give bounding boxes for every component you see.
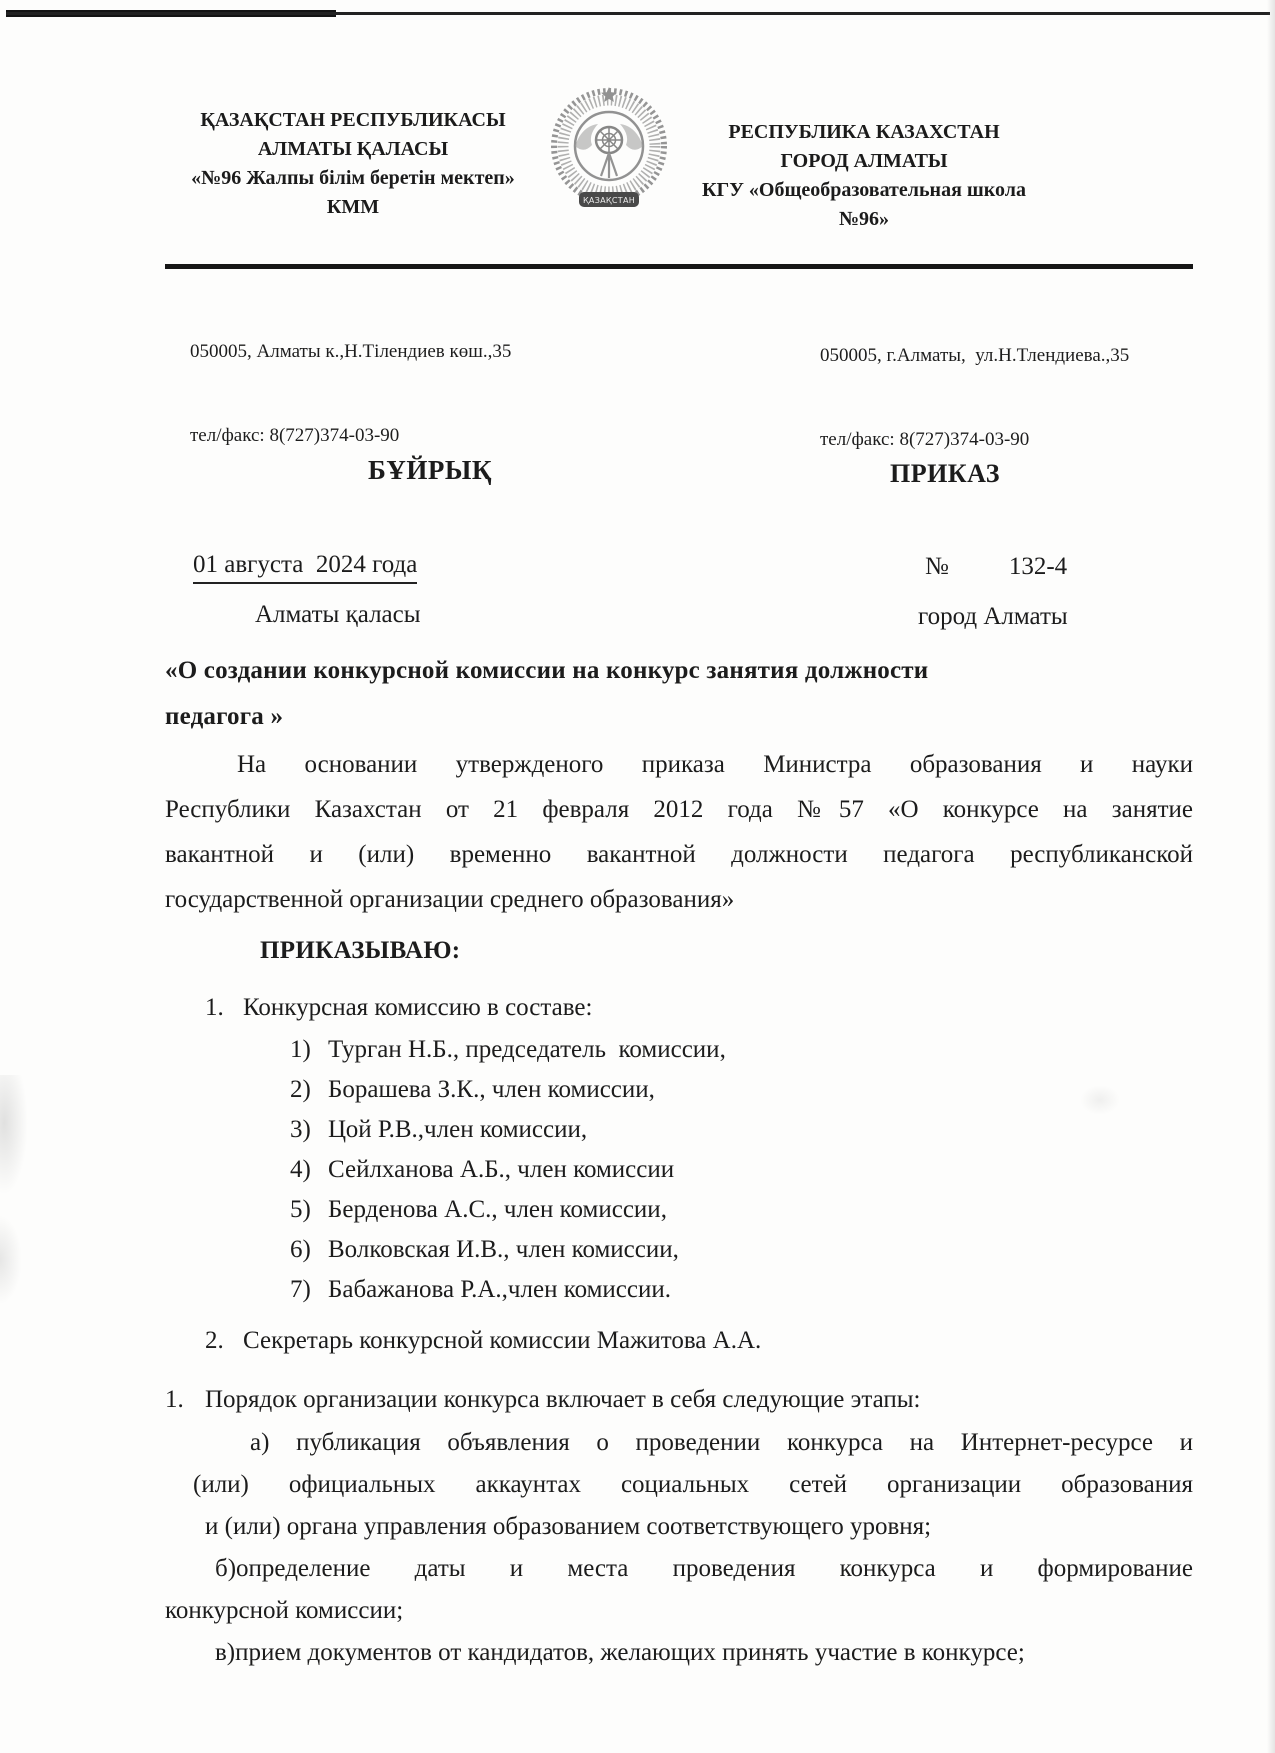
scan-smudge [0, 1075, 28, 1195]
order-heading-ru: ПРИКАЗ [845, 459, 1045, 489]
order-date: 01 августа 2024 года [193, 551, 417, 584]
stage-line: и (или) органа управления образованием с… [165, 1506, 1193, 1548]
member-number: 6) [290, 1230, 328, 1270]
procedure-number: 1. [165, 1377, 205, 1422]
member-number: 2) [290, 1070, 328, 1110]
scan-smudge [0, 1215, 22, 1305]
phone-ru: тел/факс: 8(727)374-03-90 [820, 426, 1129, 454]
emblem-banner-text: ҚАЗАҚСТАН [583, 196, 635, 205]
address-ru: 050005, г.Алматы, ул.Н.Тлендиева.,35 [820, 342, 1129, 370]
letterhead-kazakh: ҚАЗАҚСТАН РЕСПУБЛИКАСЫ АЛМАТЫ ҚАЛАСЫ «№9… [163, 106, 543, 222]
member-text: Турган Н.Б., председатель комиссии, [328, 1036, 726, 1063]
order-item-2-number: 2. [205, 1318, 243, 1363]
order-item-2-text: Секретарь конкурсной комиссии Мажитова А… [243, 1327, 761, 1354]
commission-member: 7)Бабажанова Р.А.,член комиссии. [290, 1270, 1193, 1310]
member-number: 1) [290, 1030, 328, 1070]
commission-member: 2)Борашева З.К., член комиссии, [290, 1070, 1193, 1110]
procedure-stages: а) публикация объявления о проведении ко… [165, 1422, 1193, 1674]
commission-member: 3)Цой Р.В.,член комиссии, [290, 1110, 1193, 1150]
letterhead-ru-line3: КГУ «Общеобразовательная школа №96» [678, 176, 1050, 234]
order-item-1-text: Конкурсная комиссию в составе: [243, 994, 592, 1021]
order-place-kk: Алматы қаласы [255, 601, 421, 629]
procedure-text: Порядок организации конкурса включает в … [205, 1386, 920, 1413]
order-preamble: На основании утвержденого приказа Минист… [165, 742, 1193, 922]
number-value: 132-4 [1009, 553, 1067, 580]
procedure-heading: 1.Порядок организации конкурса включает … [165, 1377, 1193, 1422]
preamble-line: вакантной и (или) временно вакантной дол… [165, 832, 1193, 877]
member-number: 3) [290, 1110, 328, 1150]
stage-line: а) публикация объявления о проведении ко… [165, 1422, 1193, 1464]
order-body: «О создании конкурсной комиссии на конку… [165, 648, 1193, 1674]
kazakhstan-coat-of-arms-icon: ҚАЗАҚСТАН [548, 82, 670, 218]
stage-line: в)прием документов от кандидатов, желающ… [165, 1632, 1193, 1674]
scan-edge-artifact [1267, 0, 1275, 1753]
order-subject: «О создании конкурсной комиссии на конку… [165, 648, 1193, 740]
letterhead-kk-line3: «№96 Жалпы білім беретін мектеп» КММ [163, 164, 543, 222]
order-subject-line2: педагога » [165, 694, 1193, 740]
member-number: 4) [290, 1150, 328, 1190]
member-text: Цой Р.В.,член комиссии, [328, 1116, 587, 1143]
member-text: Сейлханова А.Б., член комиссии [328, 1156, 674, 1183]
letterhead-kk-line1: ҚАЗАҚСТАН РЕСПУБЛИКАСЫ [163, 106, 543, 135]
preamble-line: государственной организации среднего обр… [165, 877, 1193, 922]
scanned-order-document: ҚАЗАҚСТАН РЕСПУБЛИКАСЫ АЛМАТЫ ҚАЛАСЫ «№9… [0, 0, 1275, 1753]
address-kk: 050005, Алматы к.,Н.Тілендиев көш.,35 [190, 338, 511, 366]
member-number: 7) [290, 1270, 328, 1310]
letterhead-ru-line1: РЕСПУБЛИКА КАЗАХСТАН [678, 118, 1050, 147]
member-text: Бабажанова Р.А.,член комиссии. [328, 1276, 671, 1303]
order-heading-kk: БҰЙРЫҚ [320, 455, 540, 486]
letterhead-ru-line2: ГОРОД АЛМАТЫ [678, 147, 1050, 176]
member-number: 5) [290, 1190, 328, 1230]
preamble-line: На основании утвержденого приказа Минист… [165, 742, 1193, 787]
order-item-1-number: 1. [205, 985, 243, 1030]
commission-member: 4)Сейлханова А.Б., член комиссии [290, 1150, 1193, 1190]
member-text: Берденова А.С., член комиссии, [328, 1196, 667, 1223]
commission-member: 5)Берденова А.С., член комиссии, [290, 1190, 1193, 1230]
order-item-2: 2.Секретарь конкурсной комиссии Мажитова… [165, 1318, 1193, 1363]
stage-line: б)определение даты и места проведения ко… [165, 1548, 1193, 1590]
order-subject-line1: «О создании конкурсной комиссии на конку… [165, 648, 1193, 694]
commission-member: 1)Турган Н.Б., председатель комиссии, [290, 1030, 1193, 1070]
letterhead-russian: РЕСПУБЛИКА КАЗАХСТАН ГОРОД АЛМАТЫ КГУ «О… [678, 118, 1050, 234]
order-place-ru: город Алматы [918, 603, 1068, 631]
member-text: Борашева З.К., член комиссии, [328, 1076, 655, 1103]
order-number: №132-4 [925, 553, 1067, 581]
number-sign: № [925, 553, 949, 580]
order-item-1: 1.Конкурсная комиссию в составе: [165, 985, 1193, 1030]
phone-kk: тел/факс: 8(727)374-03-90 [190, 422, 511, 450]
directive-heading: ПРИКАЗЫВАЮ: [165, 928, 1193, 973]
commission-member: 6)Волковская И.В., член комиссии, [290, 1230, 1193, 1270]
commission-members-list: 1)Турган Н.Б., председатель комиссии, 2)… [165, 1030, 1193, 1310]
stage-line: (или) официальных аккаунтах социальных с… [165, 1464, 1193, 1506]
letterhead-kk-line2: АЛМАТЫ ҚАЛАСЫ [163, 135, 543, 164]
scan-edge-artifact [6, 12, 1270, 15]
stage-line: конкурсной комиссии; [165, 1590, 1193, 1632]
preamble-line: Республики Казахстан от 21 февраля 2012 … [165, 787, 1193, 832]
letterhead-divider-line [165, 264, 1193, 269]
member-text: Волковская И.В., член комиссии, [328, 1236, 679, 1263]
